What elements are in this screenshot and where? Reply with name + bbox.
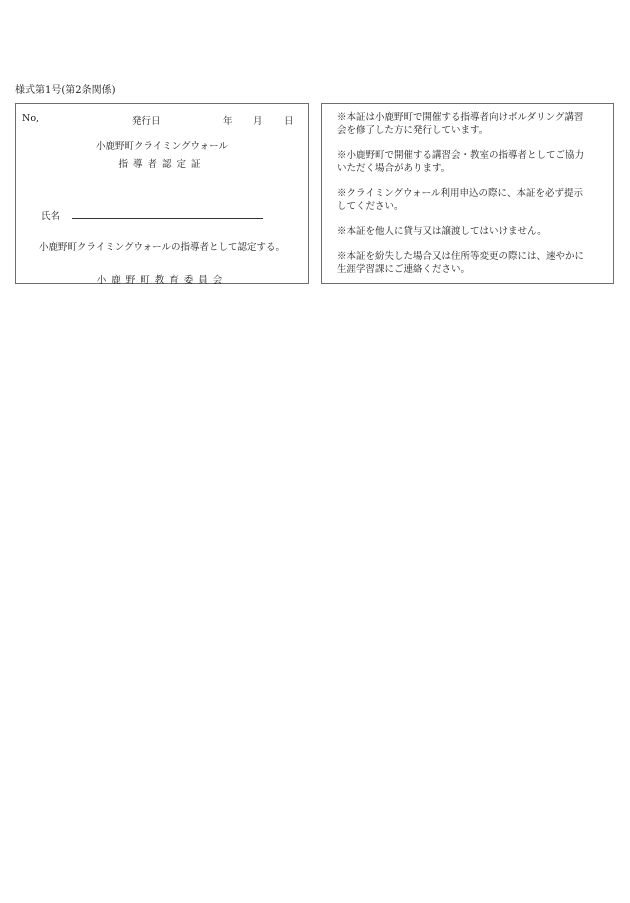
certificate-back: ※本証は小鹿野町で開催する指導者向けボルダリング講習 会を修了した方に発行してい… (321, 103, 614, 284)
note-item: ※本証を紛失した場合又は住所等変更の際には、速やかに 生涯学習課にご連絡ください… (337, 250, 605, 276)
certificate-title-line1: 小鹿野町クライミングウォール (16, 138, 308, 152)
note-item: ※クライミングウォール利用申込の際に、本証を必ず提示 してください。 (337, 187, 605, 213)
issuer-name: 小鹿野町教育委員会 (16, 272, 308, 286)
name-field-line (72, 218, 263, 219)
issue-date-label: 発行日 (132, 113, 161, 127)
name-label: 氏名 (41, 208, 60, 222)
certificate-front: No, 発行日 年 月 日 小鹿野町クライミングウォール 指導者認定証 氏名 小… (15, 103, 309, 284)
form-number-label: 様式第1号(第2条関係) (15, 81, 116, 96)
note-item: ※小鹿野町で開催する講習会・教室の指導者としてご協力 いただく場合があります。 (337, 149, 605, 175)
notes-list: ※本証は小鹿野町で開催する指導者向けボルダリング講習 会を修了した方に発行してい… (337, 111, 605, 288)
certificate-title-line2: 指導者認定証 (16, 156, 308, 170)
certification-statement: 小鹿野町クライミングウォールの指導者として認定する。 (16, 239, 308, 253)
certificate-number-label: No, (22, 113, 39, 124)
year-label: 年 (223, 113, 233, 127)
note-item: ※本証は小鹿野町で開催する指導者向けボルダリング講習 会を修了した方に発行してい… (337, 111, 605, 137)
month-label: 月 (253, 113, 263, 127)
day-label: 日 (284, 113, 294, 127)
note-item: ※本証を他人に貸与又は譲渡してはいけません。 (337, 225, 605, 238)
